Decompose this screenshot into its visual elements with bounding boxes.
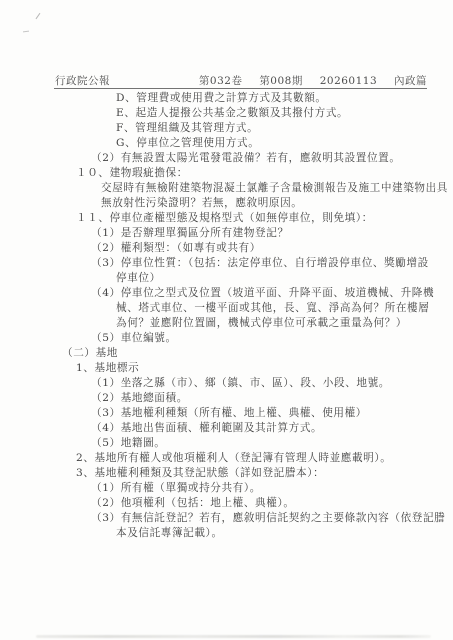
document-line: （5）車位編號。 [0, 331, 453, 346]
document-line: １１、停車位產權型態及規格型式（如無停車位，則免填）： [0, 211, 453, 226]
document-line: E、起造人提撥公共基金之數額及其撥付方式。 [0, 106, 453, 121]
document-line: 無放射性污染證明？若無，應敘明原因。 [0, 196, 453, 211]
document-line: （2）權利類型：（如專有或共有） [0, 241, 453, 256]
document-line: （1）所有權（單獨或持分共有）。 [0, 481, 453, 496]
document-line: 2、基地所有權人或他項權利人（登記簿有管理人時並應載明）。 [0, 451, 453, 466]
date-label: 20260113 [320, 75, 377, 87]
gazette-page: 行政院公報 第032卷 第008期 20260113 內政篇 D、管理費或使用費… [0, 0, 453, 640]
document-line: （2）他項權利（包括：地上權、典權）。 [0, 496, 453, 511]
document-line: （2）基地總面積。 [0, 391, 453, 406]
document-line: （4）停車位之型式及位置（坡道平面、升降平面、坡道機械、升降機 [0, 286, 453, 301]
document-line: F、管理組織及其管理方式。 [0, 121, 453, 136]
document-line: 本及信託專簿記載）。 [0, 526, 453, 541]
document-line: G、停車位之管理使用方式。 [0, 136, 453, 151]
document-line: D、管理費或使用費之計算方式及其數額。 [0, 91, 453, 106]
document-line: （3）有無信託登記？若有，應敘明信託契約之主要條款內容（依登記謄 [0, 511, 453, 526]
page-header: 行政院公報 第032卷 第008期 20260113 內政篇 [54, 73, 427, 89]
scan-artifact-dash [23, 31, 29, 33]
document-line: １０、建物瑕疵擔保： [0, 166, 453, 181]
bottom-scan-shadow [36, 635, 431, 638]
section-label: 內政篇 [394, 75, 427, 87]
journal-title: 行政院公報 [55, 73, 110, 88]
document-line: 1、基地標示 [0, 361, 453, 376]
document-line: （4）基地出售面積、權利範圍及其計算方式。 [0, 421, 453, 436]
document-line: 為何？並應附位置圖，機械式停車位可承載之重量為何？） [0, 316, 453, 331]
issue-label: 第008期 [259, 75, 303, 87]
issue-info: 第032卷 第008期 20260113 內政篇 [199, 73, 427, 88]
volume-label: 第032卷 [199, 75, 243, 87]
document-line: 交屋時有無檢附建築物混凝土氯離子含量檢測報告及施工中建築物出具 [0, 181, 453, 196]
header-rule [54, 88, 427, 89]
document-line: （1）是否辦理單獨區分所有建物登記？ [0, 226, 453, 241]
document-line: （1）坐落之縣（市）、鄉（鎮、市、區）、段、小段、地號。 [0, 376, 453, 391]
document-line: 停車位） [0, 271, 453, 286]
scan-artifact-tick [36, 13, 45, 22]
document-line: 械、塔式車位、一樓平面或其他，長、寬、淨高為何？所在樓層 [0, 301, 453, 316]
document-line: 3、基地權利種類及其登記狀態（詳如登記謄本）： [0, 466, 453, 481]
document-line: （2）有無設置太陽光電發電設備？若有，應敘明其設置位置。 [0, 151, 453, 166]
document-line: （3）停車位性質：（包括：法定停車位、自行增設停車位、獎勵增設 [0, 256, 453, 271]
document-lines: D、管理費或使用費之計算方式及其數額。E、起造人提撥公共基金之數額及其撥付方式。… [0, 91, 453, 541]
document-line: （3）基地權利種類（所有權、地上權、典權、使用權） [0, 406, 453, 421]
document-line: （二）基地 [0, 346, 453, 361]
document-line: （5）地籍圖。 [0, 436, 453, 451]
